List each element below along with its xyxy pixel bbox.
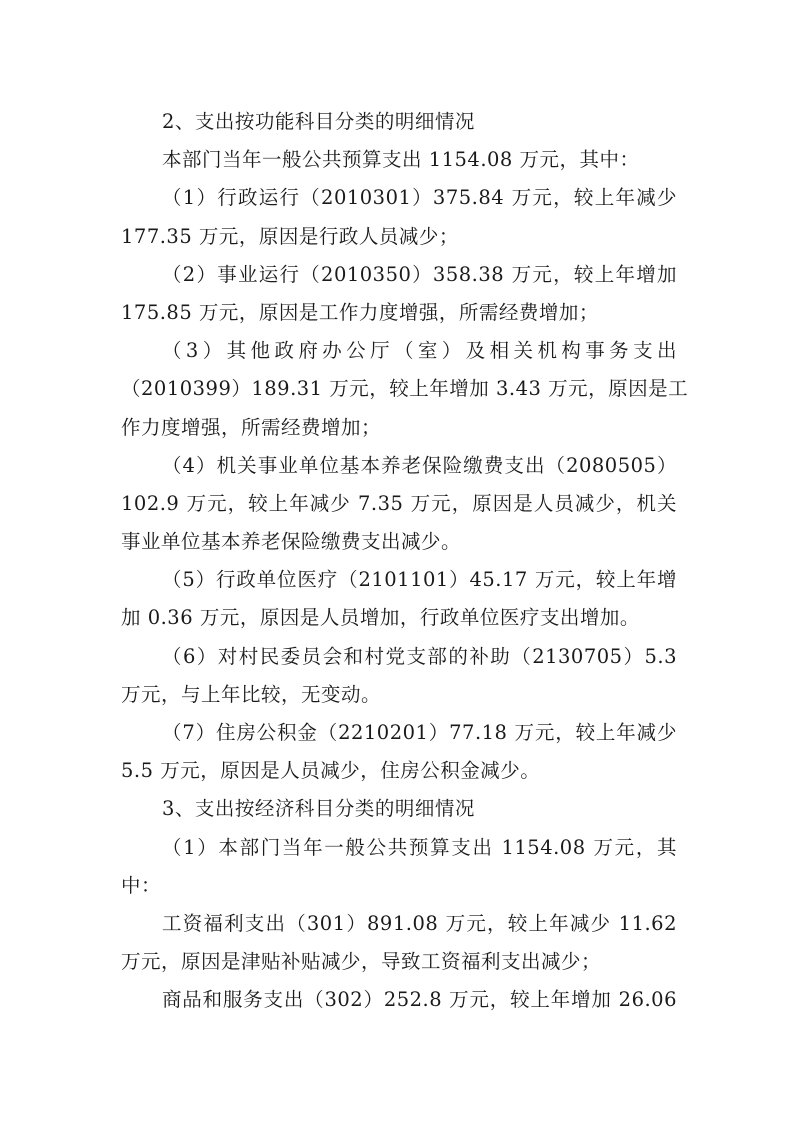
paragraph-line: 工资福利支出（301）891.08 万元，较上年减少 11.62 <box>121 905 677 943</box>
item-salary-welfare: 工资福利支出（301）891.08 万元，较上年减少 11.62 万元，原因是津… <box>121 905 677 981</box>
paragraph-line: 中： <box>121 867 677 905</box>
paragraph-line: 加 0.36 万元，原因是人员增加，行政单位医疗支出增加。 <box>121 599 677 637</box>
item-other-government-office: （3）其他政府办公厅（室）及相关机构事务支出 （2010399）189.31 万… <box>121 332 677 447</box>
paragraph-line: （4）机关事业单位基本养老保险缴费支出（2080505） <box>121 447 677 485</box>
paragraph-line: （6）对村民委员会和村党支部的补助（2130705）5.3 <box>121 638 677 676</box>
paragraph-line: 177.35 万元，原因是行政人员减少； <box>121 218 677 256</box>
item-institution-operation: （2）事业运行（2010350）358.38 万元，较上年增加 175.85 万… <box>121 256 677 332</box>
paragraph-line: 事业单位基本养老保险缴费支出减少。 <box>121 523 677 561</box>
paragraph-line: 万元，原因是津贴补贴减少，导致工资福利支出减少； <box>121 943 677 981</box>
section-heading-functional: 2、支出按功能科目分类的明细情况 <box>121 103 677 141</box>
item-pension-insurance: （4）机关事业单位基本养老保险缴费支出（2080505） 102.9 万元，较上… <box>121 447 677 562</box>
paragraph-line: 万元，与上年比较，无变动。 <box>121 676 677 714</box>
item-economic-total: （1）本部门当年一般公共预算支出 1154.08 万元，其 中： <box>121 829 677 905</box>
paragraph-line: （2）事业运行（2010350）358.38 万元，较上年增加 <box>121 256 677 294</box>
item-administrative-operation: （1）行政运行（2010301）375.84 万元，较上年减少 177.35 万… <box>121 179 677 255</box>
paragraph-line: （1）本部门当年一般公共预算支出 1154.08 万元，其 <box>121 829 677 867</box>
paragraph-line: 商品和服务支出（302）252.8 万元，较上年增加 26.06 <box>121 981 677 1019</box>
item-housing-fund: （7）住房公积金（2210201）77.18 万元，较上年减少 5.5 万元，原… <box>121 714 677 790</box>
paragraph-line: 175.85 万元，原因是工作力度增强，所需经费增加； <box>121 294 677 332</box>
paragraph-line: （5）行政单位医疗（2101101）45.17 万元，较上年增 <box>121 561 677 599</box>
paragraph-line: 102.9 万元，较上年减少 7.35 万元，原因是人员减少，机关 <box>121 485 677 523</box>
paragraph-line: （3）其他政府办公厅（室）及相关机构事务支出 <box>121 332 677 370</box>
item-goods-services: 商品和服务支出（302）252.8 万元，较上年增加 26.06 <box>121 981 677 1019</box>
paragraph-line: （2010399）189.31 万元，较上年增加 3.43 万元，原因是工 <box>121 370 677 408</box>
paragraph-line: 作力度增强，所需经费增加； <box>121 409 677 447</box>
document-body: 2、支出按功能科目分类的明细情况 本部门当年一般公共预算支出 1154.08 万… <box>121 103 677 1020</box>
paragraph-line: （7）住房公积金（2210201）77.18 万元，较上年减少 <box>121 714 677 752</box>
paragraph-line: （1）行政运行（2010301）375.84 万元，较上年减少 <box>121 179 677 217</box>
section-heading-economic: 3、支出按经济科目分类的明细情况 <box>121 790 677 828</box>
item-administrative-medical: （5）行政单位医疗（2101101）45.17 万元，较上年增 加 0.36 万… <box>121 561 677 637</box>
document-page: 2、支出按功能科目分类的明细情况 本部门当年一般公共预算支出 1154.08 万… <box>0 0 793 1122</box>
section-intro-total: 本部门当年一般公共预算支出 1154.08 万元，其中： <box>121 141 677 179</box>
item-village-subsidy: （6）对村民委员会和村党支部的补助（2130705）5.3 万元，与上年比较，无… <box>121 638 677 714</box>
paragraph-line: 5.5 万元，原因是人员减少，住房公积金减少。 <box>121 752 677 790</box>
